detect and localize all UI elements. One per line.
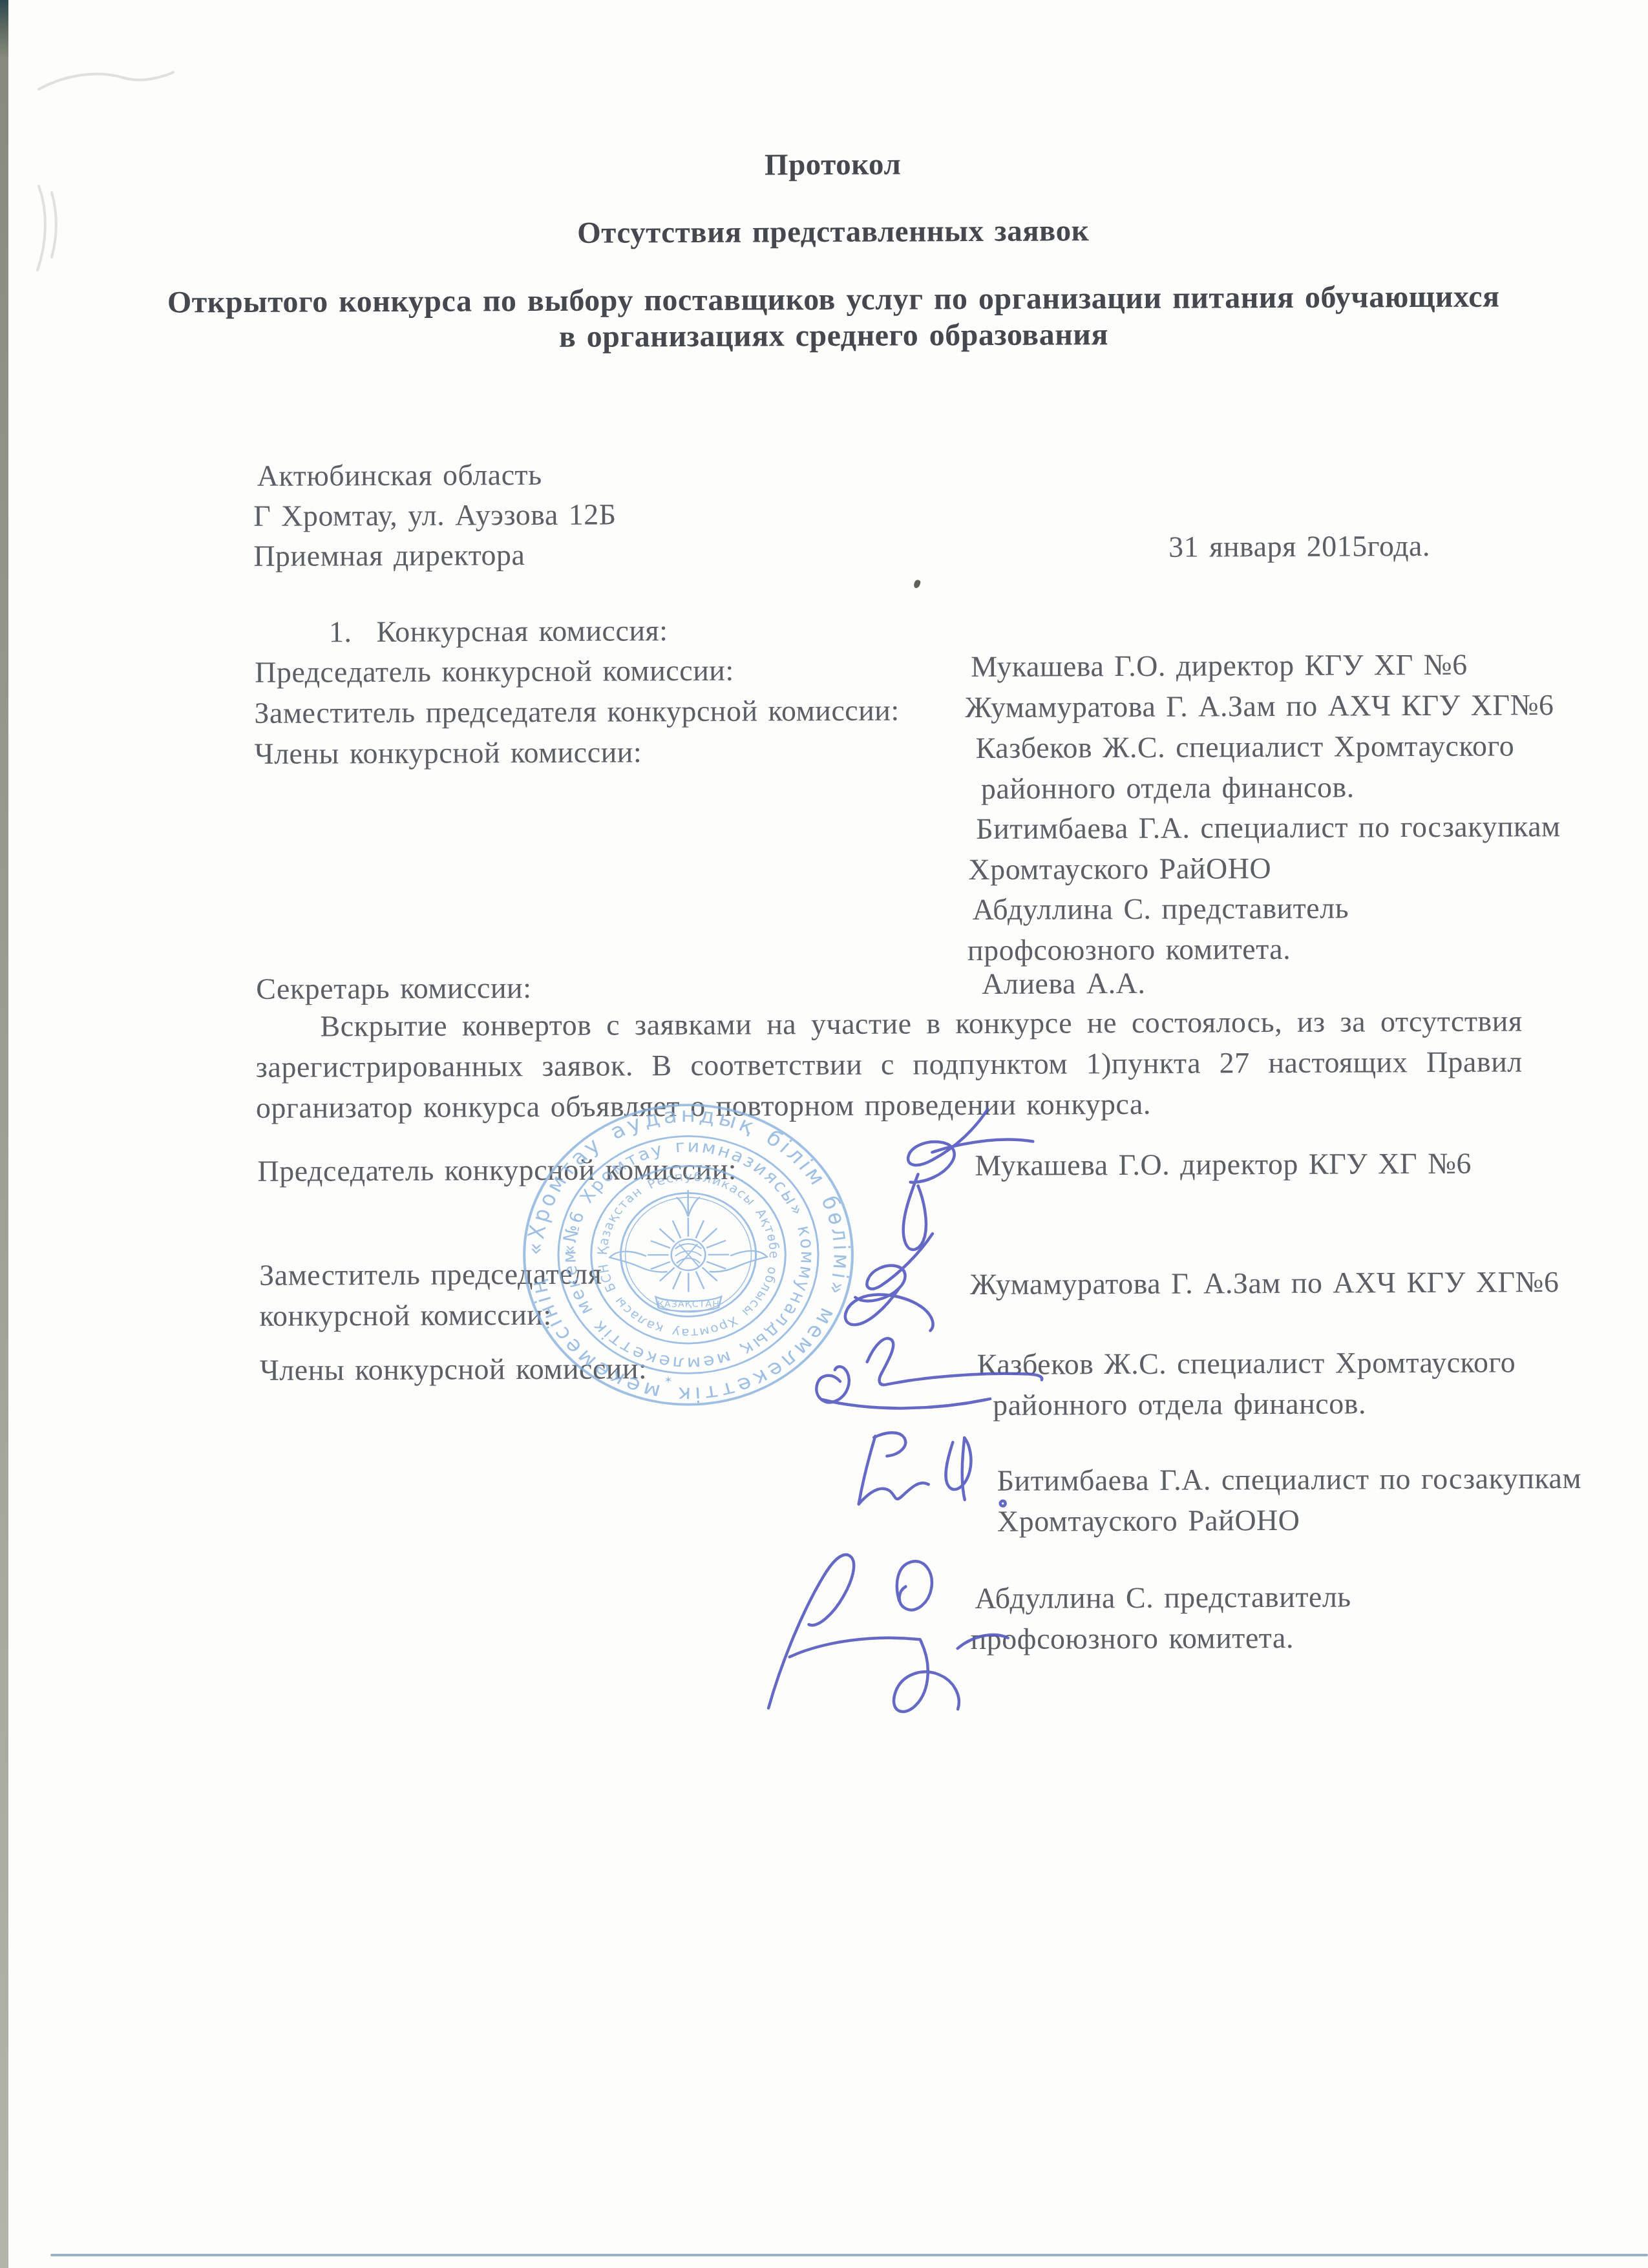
region-line: Актюбинская область	[257, 457, 542, 493]
heading-line2: в организациях среднего образования	[23, 314, 1645, 357]
member3-name-line2: профсоюзного комитета.	[967, 932, 1291, 967]
members-label: Члены конкурсной комиссии:	[255, 735, 642, 771]
signature-member1	[816, 1338, 1042, 1409]
secretary-name: Алиева А.А.	[982, 966, 1145, 1001]
date-line: 31 января 2015года.	[1168, 529, 1430, 564]
member2-name-line2: Хромтауского РайОНО	[968, 851, 1271, 887]
body-paragraph-line1: Вскрытие конвертов с заявками на участие…	[255, 1003, 1522, 1044]
secretary-label: Секретарь комиссии:	[256, 971, 531, 1006]
sign-deputy-label-line2: конкурсной комиссии:	[259, 1297, 551, 1333]
signature-member3	[768, 1554, 1008, 1712]
ink-speck	[913, 579, 922, 589]
deputy-chairman-name: Жумамуратова Г. А.Зам по АХЧ КГУ ХГ№6	[965, 688, 1554, 724]
document-content: Протокол Отсутствия представленных заяво…	[0, 0, 1648, 2268]
sign-member2-name-line1: Битимбаева Г.А. специалист по госзакупка…	[997, 1461, 1581, 1498]
title-protocol: Протокол	[22, 143, 1644, 185]
signature-member2	[858, 1432, 1005, 1506]
member1-name-line1: Казбеков Ж.С. специалист Хромтауского	[976, 728, 1515, 765]
list-item-commission: 1.Конкурсная комиссия:	[329, 613, 668, 649]
body-paragraph-line2: зарегистрированных заявок. В соответстви…	[256, 1044, 1523, 1084]
address-line: Г Хромтау, ул. Ауэзова 12Б	[253, 497, 617, 532]
member1-name-line2: районного отдела финансов.	[981, 770, 1355, 806]
list-item-title: Конкурсная комиссия:	[376, 614, 668, 648]
subtitle-absence-of-bids: Отсутствия представленных заявок	[22, 211, 1644, 253]
office-line: Приемная директора	[253, 538, 525, 573]
member2-name-line1: Битимбаева Г.А. специалист по госзакупка…	[976, 809, 1561, 846]
signature-chairman	[903, 1109, 1033, 1250]
list-item-number: 1.	[329, 615, 352, 648]
stamp-star-separator: ✶	[664, 1374, 673, 1385]
heading-line1: Открытого конкурса по выбору поставщиков…	[22, 278, 1644, 320]
member3-name-line1: Абдуллина С. представитель	[973, 890, 1349, 927]
chairman-label: Председатель конкурсной комиссии:	[255, 653, 734, 689]
scanned-protocol-page: Протокол Отсутствия представленных заяво…	[0, 0, 1648, 2268]
chairman-name: Мукашева Г.О. директор КГУ ХГ №6	[971, 647, 1468, 684]
deputy-chairman-label: Заместитель председателя конкурсной коми…	[254, 693, 900, 730]
handwritten-signatures	[704, 1089, 1082, 1738]
